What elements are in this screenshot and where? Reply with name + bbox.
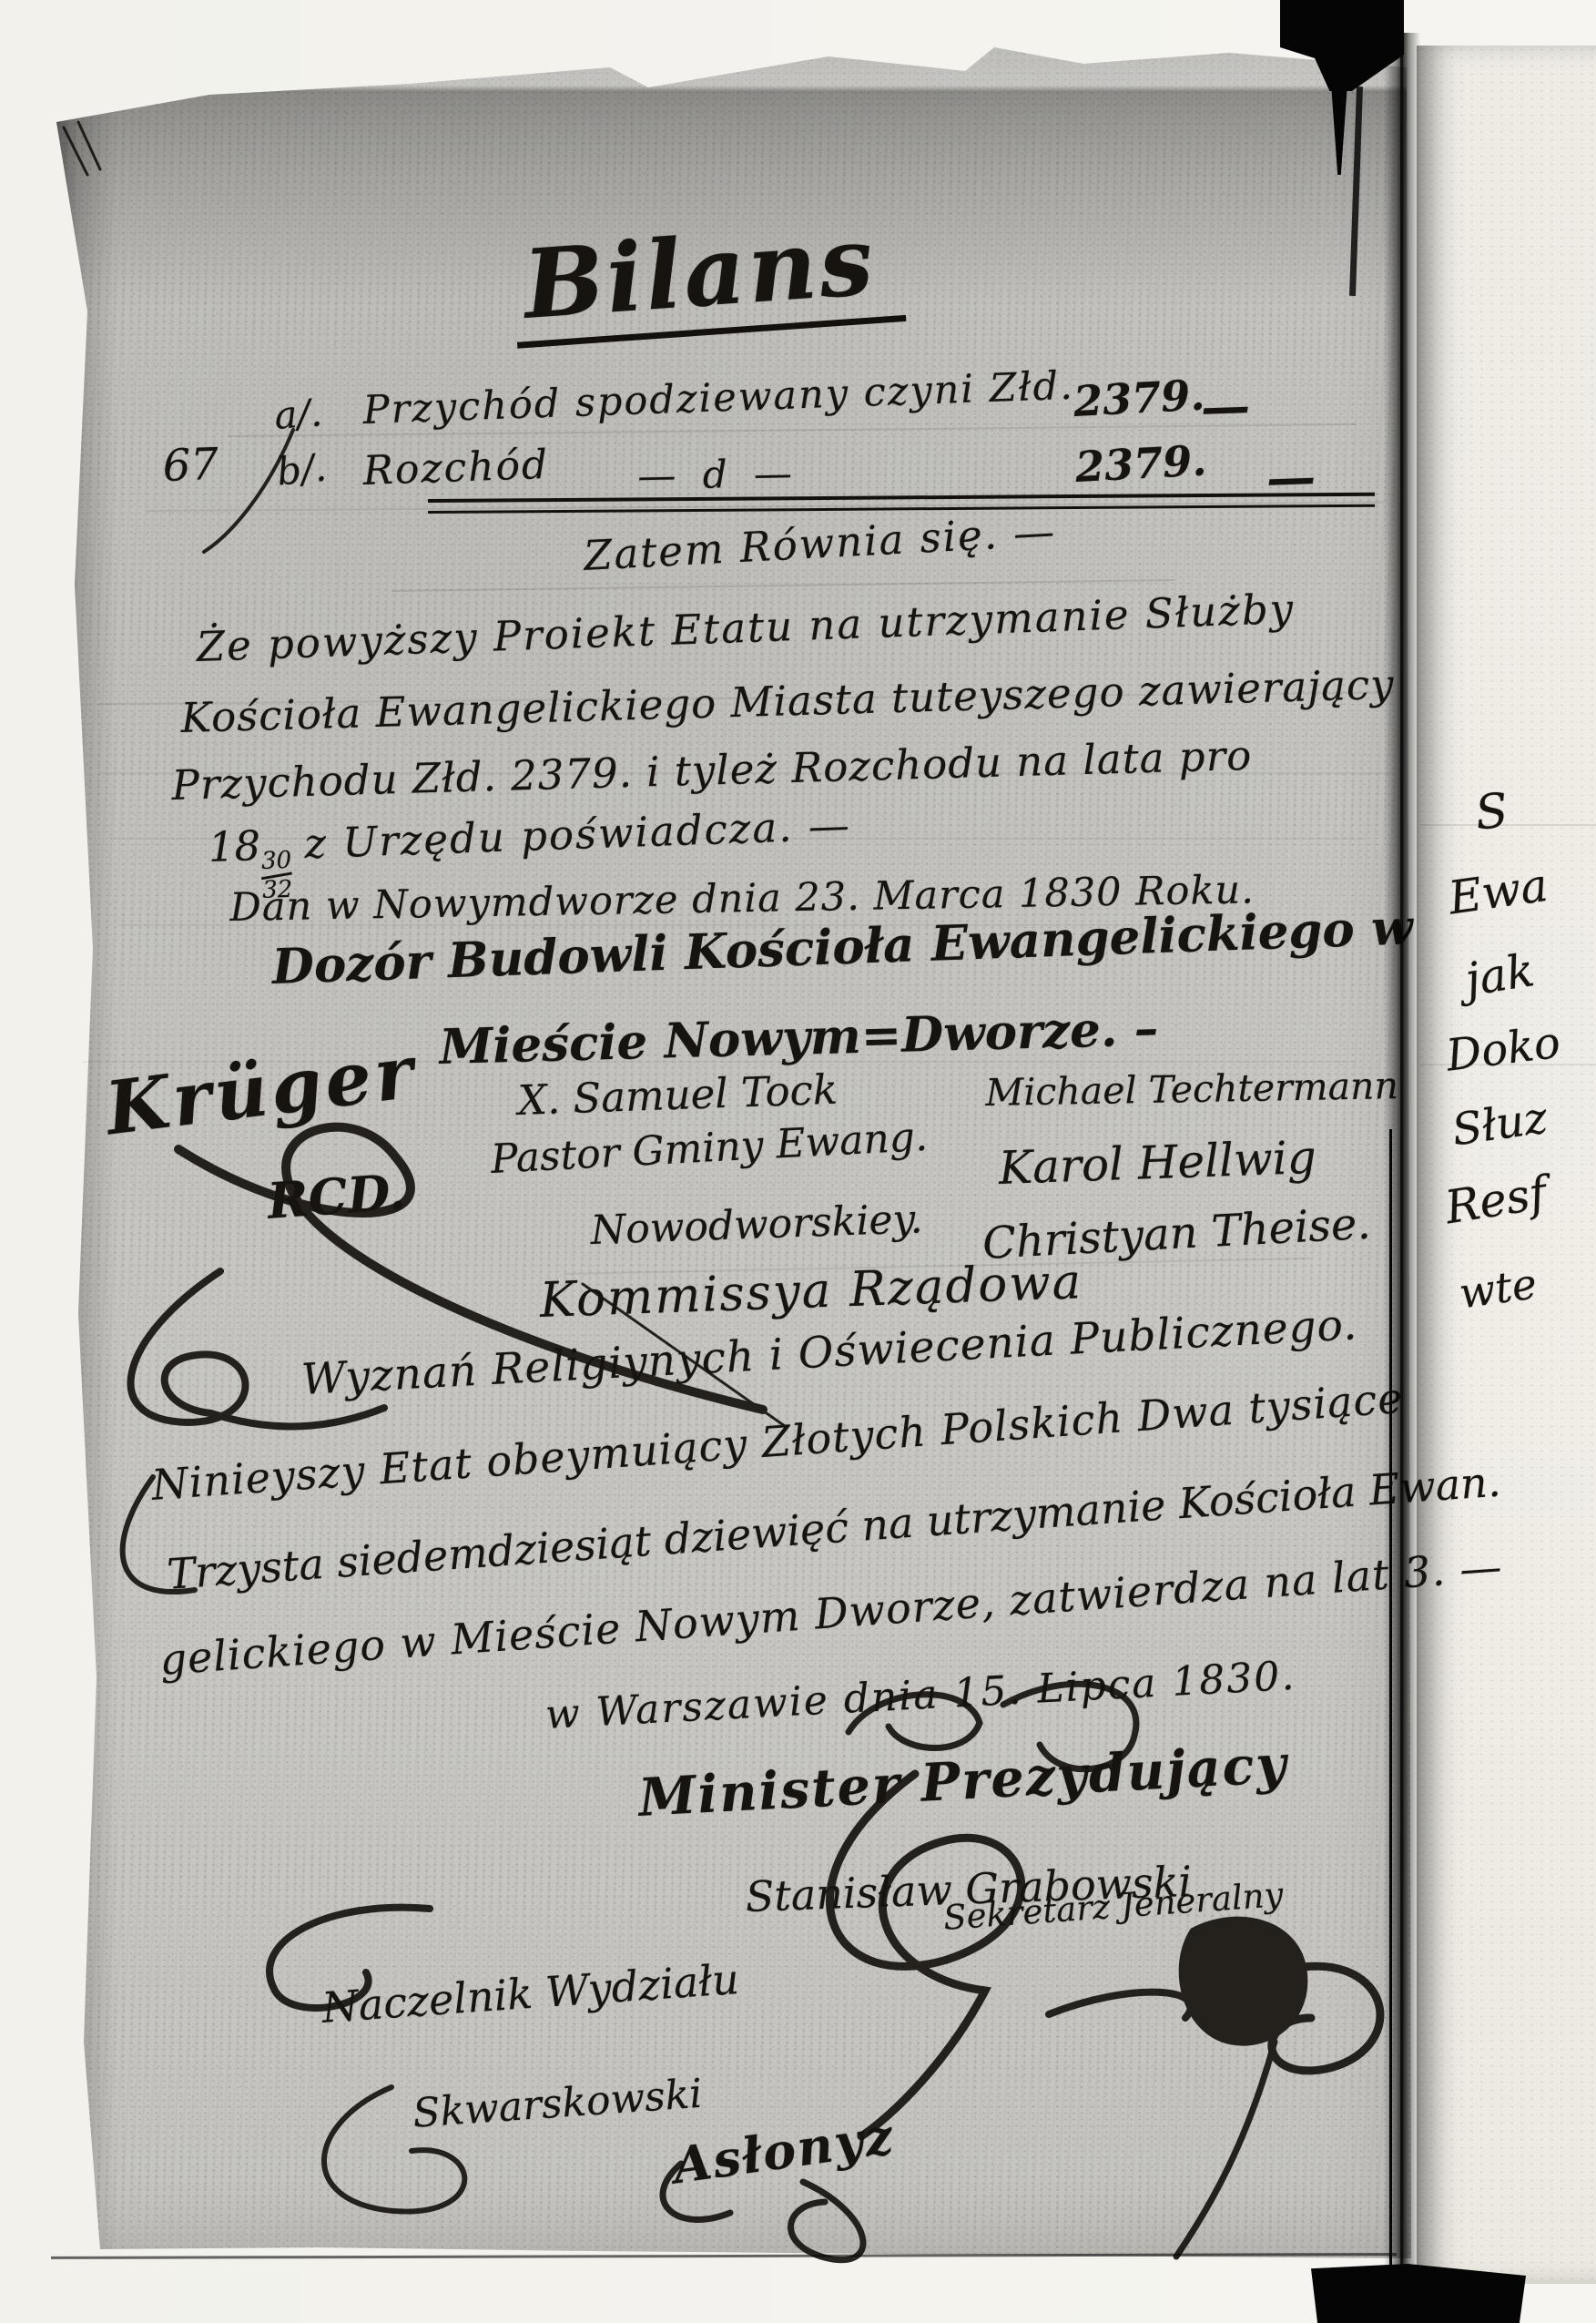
income-dash: — (1200, 381, 1251, 432)
adjacent-fragment: Doko (1444, 1021, 1562, 1078)
income-label: a/. (273, 393, 323, 435)
signature-left-annotation: RCD. (266, 1167, 407, 1225)
margin-number: 67 (162, 443, 219, 488)
adjacent-fragment: Słuz (1449, 1095, 1550, 1152)
page-bottom-edge (51, 2253, 1397, 2259)
ruled-line (1420, 1064, 1596, 1065)
adjacent-fragment: S (1473, 787, 1510, 837)
year-century: 18 (208, 821, 261, 871)
signature-right-line: Karol Hellwig (998, 1135, 1317, 1191)
signature-center-line: Nowodworskiey. (590, 1199, 923, 1251)
expense-label: b/. (275, 448, 328, 491)
expense-amount: 2379. (1074, 439, 1207, 487)
adjacent-page (1417, 46, 1596, 2284)
ruled-line (1420, 824, 1596, 826)
income-amount: 2379. (1072, 373, 1205, 422)
expense-text: Rozchód (362, 445, 550, 492)
adjacent-fragment: wte (1457, 1262, 1540, 1314)
binding-tape-bottom (1311, 2264, 1526, 2323)
spine-line (1400, 55, 1403, 2286)
signature-center-line: X. Samuel Tock (517, 1069, 839, 1121)
expense-ditto: — d — (637, 454, 799, 495)
microfilm-scan: S Ewa jak Doko Słuz Resf wte Bilans a/. … (0, 0, 1596, 2323)
signature-right-line: Michael Techtermann (985, 1067, 1398, 1112)
adjacent-fragment: Ewa (1446, 862, 1550, 922)
spine-line (1389, 1129, 1392, 2286)
adjacent-fragment: jak (1462, 947, 1538, 1003)
